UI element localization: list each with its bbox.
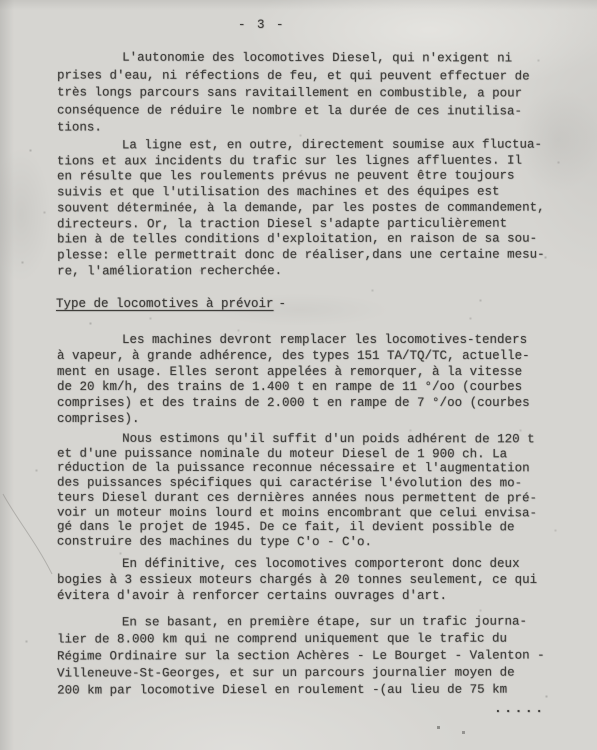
text-line: réduction de la puissance reconnue néces… [57, 461, 557, 476]
text-line: conséquence de réduire le nombre et la d… [57, 102, 557, 121]
text-line: bien à de telles conditions d'exploitati… [57, 232, 557, 249]
text-line: très longs parcours sans ravitaillement … [57, 84, 557, 103]
text-line: ment en usage. Elles seront appelées à r… [57, 365, 557, 381]
section-heading-dash: - [279, 297, 287, 311]
paragraph-machines: Les machines devront remplacer les locom… [57, 333, 557, 428]
text-line: comprises) et des trains de 2.000 t en r… [57, 396, 557, 412]
text-line: évitera d'avoir à renforcer certains ouv… [57, 588, 557, 604]
text-line: directeurs. Or, la traction Diesel s'ada… [57, 216, 557, 233]
text-line: prises d'eau, ni réfections de feu, et q… [57, 67, 557, 86]
text-line: Nous estimons qu'il suffit d'un poids ad… [57, 432, 557, 447]
page-number: - 3 - [238, 18, 286, 32]
section-heading: Type de locomotives à prévoir- [56, 297, 286, 311]
paragraph-puissance: Nous estimons qu'il suffit d'un poids ad… [57, 432, 557, 550]
paragraph-bogies: En définitive, ces locomotives comporter… [57, 556, 557, 604]
text-line: teurs Diesel durant ces dernières années… [57, 490, 557, 505]
paragraph-ligne: La ligne est, en outre, directement soum… [57, 138, 557, 280]
text-line: L'autonomie des locomotives Diesel, qui … [57, 49, 557, 68]
text-line: 200 km par locomotive Diesel en roulemen… [57, 681, 557, 699]
text-line: Les machines devront remplacer les locom… [57, 333, 557, 349]
continuation-dots: ..... [494, 701, 546, 716]
text-line: tions. [57, 119, 557, 138]
text-line: de 20 km/h, des trains de 1.400 t en ram… [57, 380, 557, 396]
text-line: plesse: elle permettrait donc de réalise… [57, 247, 557, 264]
text-line: tions et aux incidents du trafic sur les… [57, 153, 557, 170]
text-line: en résulte que les roulements prévus ne … [57, 169, 557, 186]
text-line: re, l'amélioration recherchée. [57, 263, 557, 280]
text-line: voir un moteur moins lourd et moins enco… [57, 505, 557, 520]
text-line: En définitive, ces locomotives comporter… [57, 556, 557, 572]
text-line: Régime Ordinaire sur la section Achères … [57, 647, 557, 665]
text-line: à vapeur, à grande adhérence, des types … [57, 349, 557, 365]
text-line: et d'une puissance nominale du moteur Di… [57, 446, 557, 461]
typewritten-text-layer: - 3 - L'autonomie des locomotives Diesel… [0, 0, 597, 750]
text-line: suivis et que l'utilisation des machines… [57, 185, 557, 202]
text-line: des puissances spécifiques qui caractéri… [57, 476, 557, 491]
text-line: Villeneuve-St-Georges, et sur un parcour… [57, 664, 557, 682]
paragraph-autonomie: L'autonomie des locomotives Diesel, qui … [57, 49, 557, 138]
text-line: La ligne est, en outre, directement soum… [57, 138, 557, 155]
text-line: construire des machines du type C'o - C'… [57, 535, 557, 550]
text-line: En se basant, en première étape, sur un … [57, 613, 557, 631]
text-line: souvent déterminée, à la demande, par le… [57, 200, 557, 217]
text-line: lier de 8.000 km qui ne comprend uniquem… [57, 630, 557, 648]
text-line: bogies à 3 essieux moteurs chargés à 20 … [57, 572, 557, 588]
paragraph-trafic: En se basant, en première étape, sur un … [57, 613, 557, 699]
section-heading-text: Type de locomotives à prévoir [56, 297, 274, 311]
document-page: - 3 - L'autonomie des locomotives Diesel… [0, 0, 597, 750]
scan-noise-specks [0, 0, 1, 1]
text-line: gé dans le projet de 1945. De ce fait, i… [57, 520, 557, 535]
text-line: comprises). [57, 412, 557, 428]
